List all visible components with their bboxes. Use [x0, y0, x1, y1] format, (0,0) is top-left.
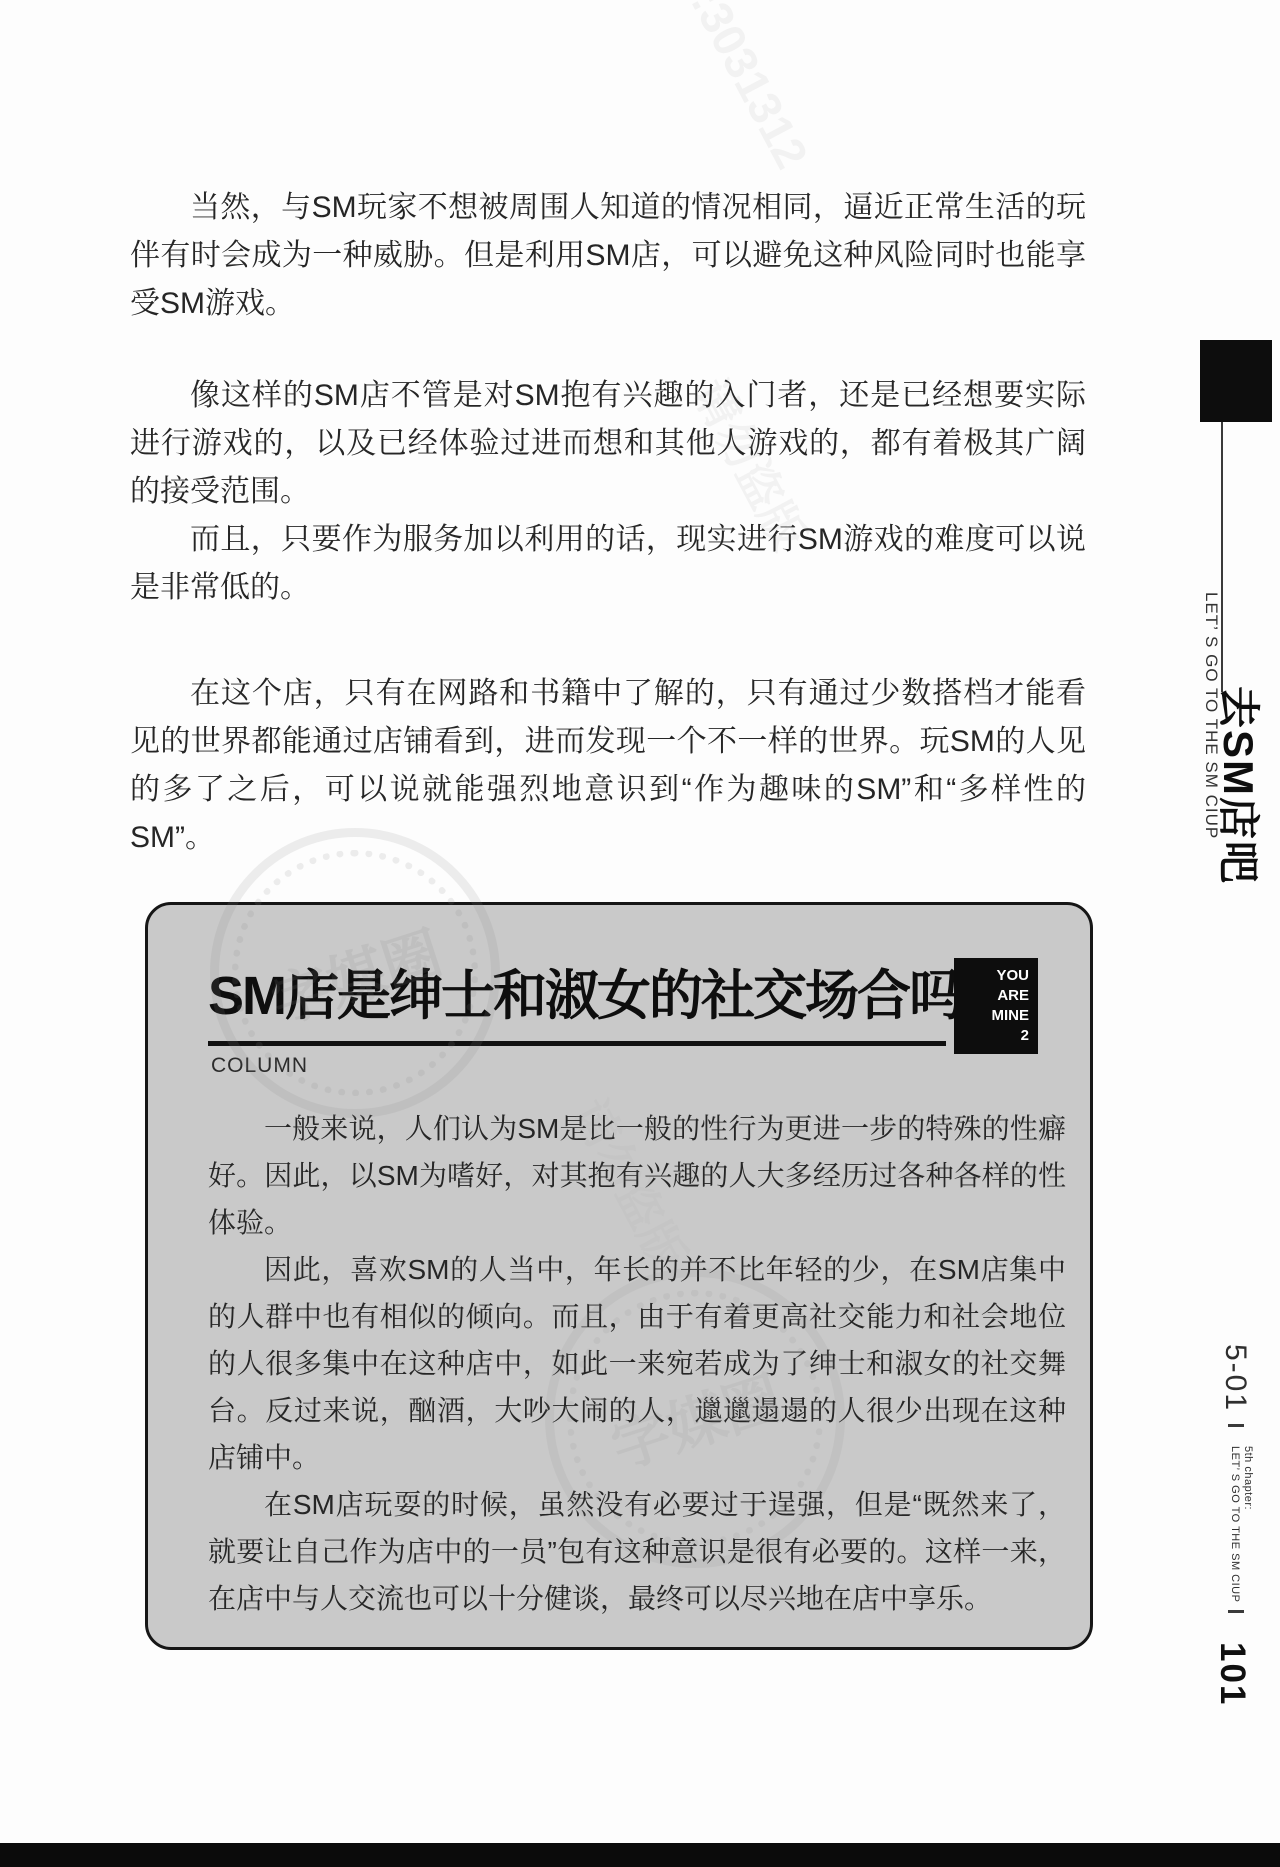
badge-line: YOU [954, 966, 1029, 986]
footer-chapter-line: 5th chapter: [1241, 1446, 1254, 1602]
title-underline [208, 1041, 946, 1046]
badge-line: ARE [954, 986, 1029, 1006]
column-title: SM店是绅士和淑女的社交场合吗？ [208, 953, 1013, 1030]
watermark-diagonal-text: QQ:3031312 [647, 0, 820, 177]
paragraph: 一般来说，人们认为SM是比一般的性行为更进一步的特殊的性癖好。因此，以SM为嗜好… [208, 1105, 1066, 1246]
bottom-bar [0, 1843, 1280, 1867]
column-body: 一般来说，人们认为SM是比一般的性行为更进一步的特殊的性癖好。因此，以SM为嗜好… [208, 1105, 1066, 1622]
column-box: SM店是绅士和淑女的社交场合吗？ YOU ARE MINE 2 COLUMN 一… [145, 902, 1093, 1650]
footer-section-number: 5-01 [1218, 1344, 1252, 1412]
badge-line: 2 [954, 1026, 1029, 1046]
footer-separator [1228, 1610, 1244, 1613]
paragraph: 像这样的SM店不管是对SM抱有兴趣的入门者，还是已经想要实际进行游戏的，以及已经… [130, 372, 1086, 516]
column-label: COLUMN [211, 1054, 308, 1078]
main-text-block: 当然，与SM玩家不想被周围人知道的情况相同，逼近正常生活的玩伴有时会成为一种威胁… [130, 184, 1086, 862]
paragraph: 当然，与SM玩家不想被周围人知道的情况相同，逼近正常生活的玩伴有时会成为一种威胁… [130, 184, 1086, 328]
book-page: QQ:3031312 请勿盗版 请勿盗版 字媒圈 字媒圈 当然，与SM玩家不想被… [0, 0, 1280, 1867]
chapter-number-box [1200, 340, 1272, 422]
sidebar-title-chinese: 去SM店吧 [1211, 686, 1271, 885]
paragraph: 在这个店，只有在网路和书籍中了解的，只有通过少数搭档才能看见的世界都能通过店铺看… [130, 670, 1086, 862]
footer-separator [1228, 1424, 1244, 1427]
you-are-mine-badge: YOU ARE MINE 2 [954, 958, 1038, 1054]
paragraph: 而且，只要作为服务加以利用的话，现实进行SM游戏的难度可以说是非常低的。 [130, 516, 1086, 612]
footer-chapter-line: LET’ S GO TO THE SM CIUP [1228, 1446, 1241, 1602]
page-number: 101 [1212, 1642, 1252, 1706]
badge-line: MINE [954, 1006, 1029, 1026]
sidebar-vertical-rule [1221, 420, 1223, 692]
paragraph: 因此，喜欢SM的人当中，年长的并不比年轻的少，在SM店集中的人群中也有相似的倾向… [208, 1246, 1066, 1481]
paragraph: 在SM店玩耍的时候，虽然没有必要过于逞强，但是“既然来了，就要让自己作为店中的一… [208, 1481, 1066, 1622]
footer-chapter-text: 5th chapter: LET’ S GO TO THE SM CIUP [1228, 1446, 1254, 1602]
